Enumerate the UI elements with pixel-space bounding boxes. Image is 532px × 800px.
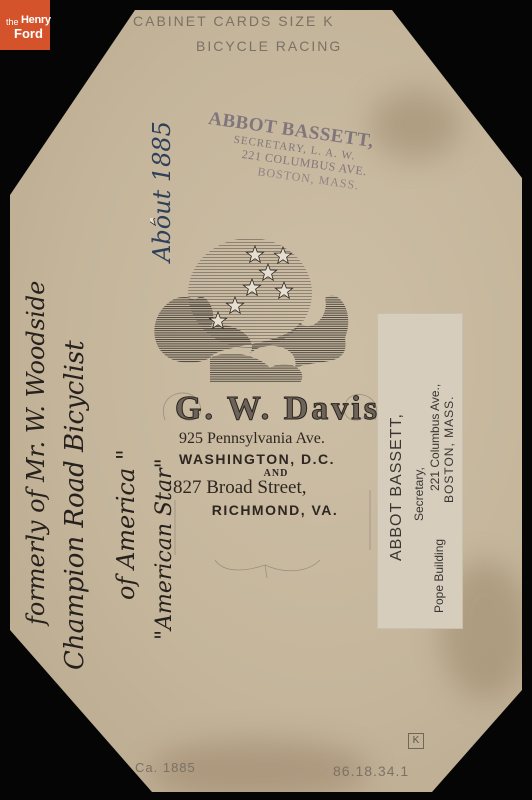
handwriting-line-1: formerly of Mr. W. Woodside (22, 281, 50, 625)
photographer-name: G. W. Davis (175, 390, 385, 428)
handwriting-line-4: "American Star" (152, 458, 177, 640)
logo-ford: Ford (14, 26, 43, 41)
box-letter-k: K (408, 733, 424, 749)
accession-number: 86.18.34.1 (333, 763, 409, 779)
address-washington: 925 Pennsylvania Ave. (165, 430, 385, 448)
city-richmond: RICHMOND, VA. (165, 502, 385, 518)
address-richmond: 827 Broad Street, (165, 477, 385, 499)
handwriting-line-2: Champion Road Bicyclist (60, 340, 90, 670)
pencil-note-cabinet-cards: CABINET CARDS SIZE K (133, 13, 335, 29)
stars-clouds-emblem-icon (150, 218, 360, 388)
label-building: Pope Building (432, 539, 446, 613)
rubber-stamp: ABBOT BASSETT, SECRETARY, L. A. W. 221 C… (201, 108, 375, 195)
handwriting-line-3: of America " (112, 449, 140, 600)
label-city: BOSTON, MASS. (442, 396, 456, 503)
pencil-date: Ca. 1885 (135, 760, 196, 775)
city-washington: WASHINGTON, D.C. (165, 451, 385, 467)
label-title: Secretary, (412, 467, 426, 521)
logo-henry: Henry (21, 14, 51, 26)
the-henry-ford-logo: the Henry Ford (0, 0, 50, 50)
photographer-imprint: G. W. Davis 925 Pennsylvania Ave. WASHIN… (165, 390, 385, 518)
label-name: ABBOT BASSETT, (388, 413, 406, 561)
stain (370, 90, 460, 160)
pasted-address-label: ABBOT BASSETT, Secretary, Pope Building … (378, 314, 462, 628)
label-street: 221 Columbus Ave., (428, 384, 442, 491)
cabinet-card-back: CABINET CARDS SIZE K BICYCLE RACING ABBO… (0, 0, 532, 800)
pencil-note-bicycle-racing: BICYCLE RACING (196, 38, 342, 54)
handwriting-date-note: About 1885 (148, 121, 176, 262)
